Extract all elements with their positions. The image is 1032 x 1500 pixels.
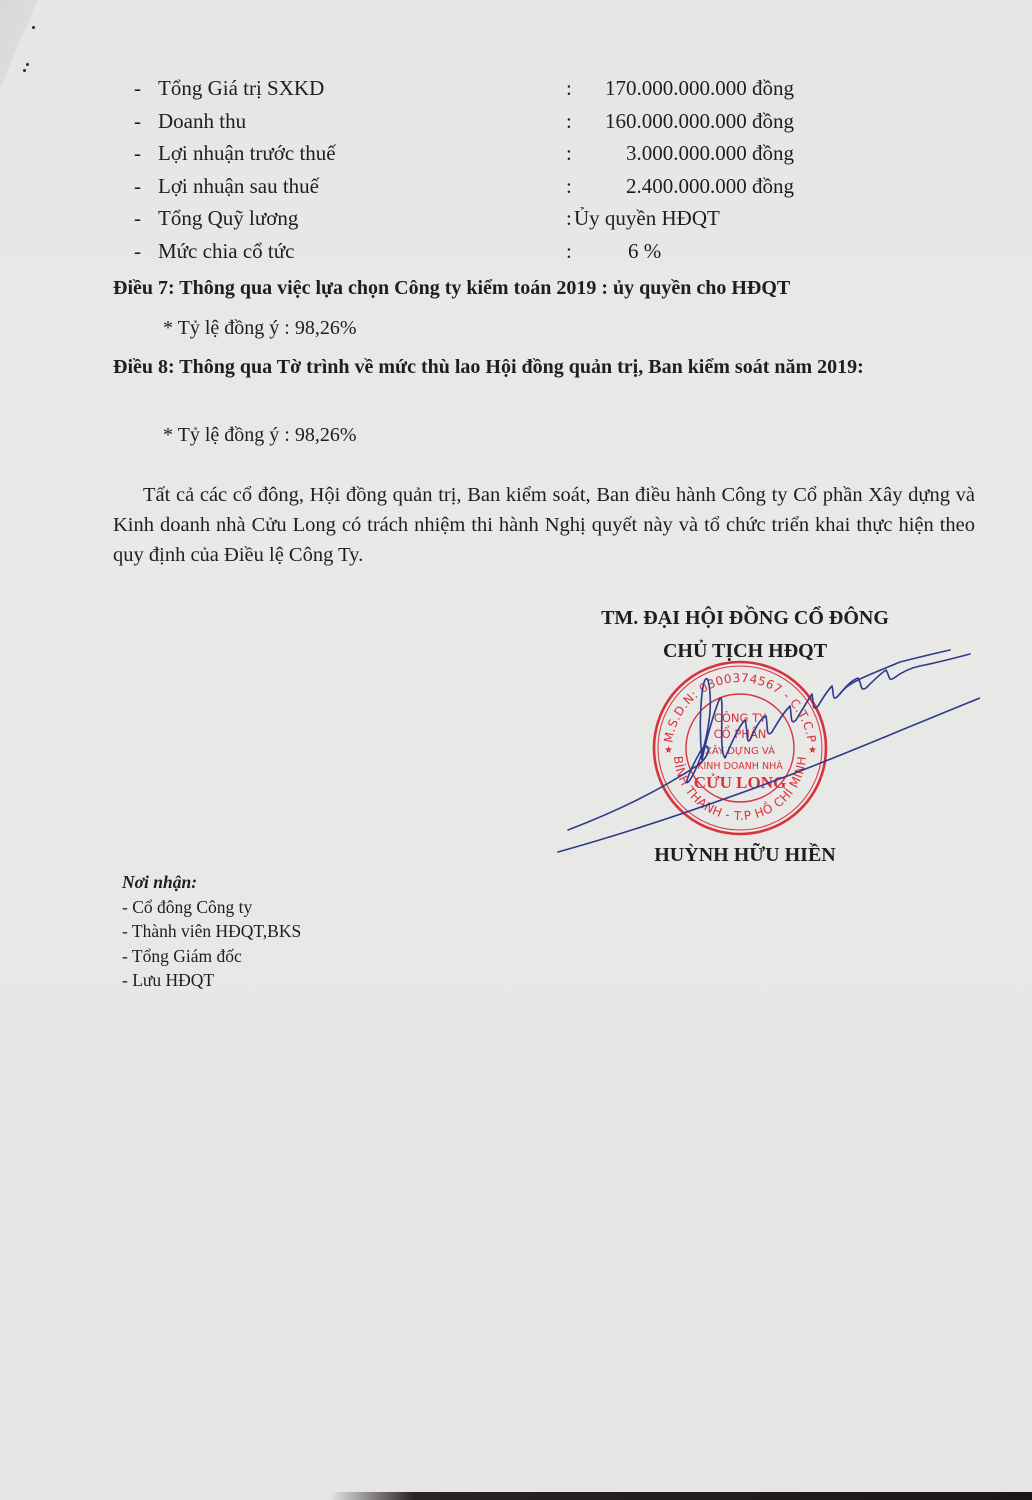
bullet-dash: - <box>134 105 158 138</box>
paper-speck <box>26 63 29 66</box>
signatory-name: HUỲNH HỮU HIỀN <box>560 840 930 870</box>
recipient-item: - Lưu HĐQT <box>122 968 301 993</box>
plan-row: -Doanh thu : 160.000.000.000 đồng <box>134 105 814 138</box>
bullet-dash: - <box>134 202 158 235</box>
plan-label: -Mức chia cổ tức <box>134 235 294 268</box>
bullet-dash: - <box>134 72 158 105</box>
bullet-dash: - <box>134 170 158 203</box>
plan-colon: : <box>566 72 572 105</box>
business-plan-table: -Tổng Giá trị SXKD : 170.000.000.000 đồn… <box>134 72 814 267</box>
plan-label: -Lợi nhuận trước thuế <box>134 137 336 170</box>
plan-value: 6 % <box>628 235 848 268</box>
signatory-on-behalf: TM. ĐẠI HỘI ĐỒNG CỔ ĐÔNG <box>560 603 930 633</box>
plan-label: -Tổng Quỹ lương <box>134 202 298 235</box>
desk-edge-shadow <box>330 1492 1032 1500</box>
article-8-heading: Điều 8: Thông qua Tờ trình về mức thù la… <box>113 352 973 382</box>
paper-speck <box>23 69 26 72</box>
plan-row: -Lợi nhuận sau thuế : 2.400.000.000 đồng <box>134 170 814 203</box>
paper-speck <box>32 26 35 29</box>
plan-colon: : <box>566 202 572 235</box>
recipients-title: Nơi nhận: <box>122 870 301 895</box>
plan-value: 2.400.000.000 đồng <box>574 170 794 203</box>
plan-colon: : <box>566 137 572 170</box>
paper-fold-edge <box>0 0 40 100</box>
plan-value: Ủy quyền HĐQT <box>574 202 794 235</box>
plan-value: 3.000.000.000 đồng <box>574 137 794 170</box>
bullet-dash: - <box>134 137 158 170</box>
plan-colon: : <box>566 105 572 138</box>
plan-row: -Lợi nhuận trước thuế : 3.000.000.000 đồ… <box>134 137 814 170</box>
recipient-item: - Tổng Giám đốc <box>122 944 301 969</box>
recipients-block: Nơi nhận: - Cổ đông Công ty - Thành viên… <box>122 870 301 993</box>
recipient-item: - Thành viên HĐQT,BKS <box>122 919 301 944</box>
recipient-item: - Cổ đông Công ty <box>122 895 301 920</box>
plan-value: 160.000.000.000 đồng <box>574 105 794 138</box>
plan-value: 170.000.000.000 đồng <box>574 72 794 105</box>
plan-row: -Tổng Quỹ lương : Ủy quyền HĐQT <box>134 202 814 235</box>
article-8-approval-ratio: * Tỷ lệ đồng ý : 98,26% <box>163 420 357 450</box>
bullet-dash: - <box>134 235 158 268</box>
plan-row: -Tổng Giá trị SXKD : 170.000.000.000 đồn… <box>134 72 814 105</box>
plan-label: -Lợi nhuận sau thuế <box>134 170 319 203</box>
plan-colon: : <box>566 170 572 203</box>
plan-colon: : <box>566 235 572 268</box>
plan-label: -Tổng Giá trị SXKD <box>134 72 324 105</box>
article-7-heading: Điều 7: Thông qua việc lựa chọn Công ty … <box>113 273 973 303</box>
plan-row: -Mức chia cổ tức : 6 % <box>134 235 814 268</box>
article-7-approval-ratio: * Tỷ lệ đồng ý : 98,26% <box>163 313 357 343</box>
document-page: -Tổng Giá trị SXKD : 170.000.000.000 đồn… <box>0 0 1032 1500</box>
plan-label: -Doanh thu <box>134 105 246 138</box>
closing-paragraph: Tất cả các cổ đông, Hội đồng quản trị, B… <box>113 480 975 570</box>
handwritten-signature-icon <box>540 640 980 860</box>
